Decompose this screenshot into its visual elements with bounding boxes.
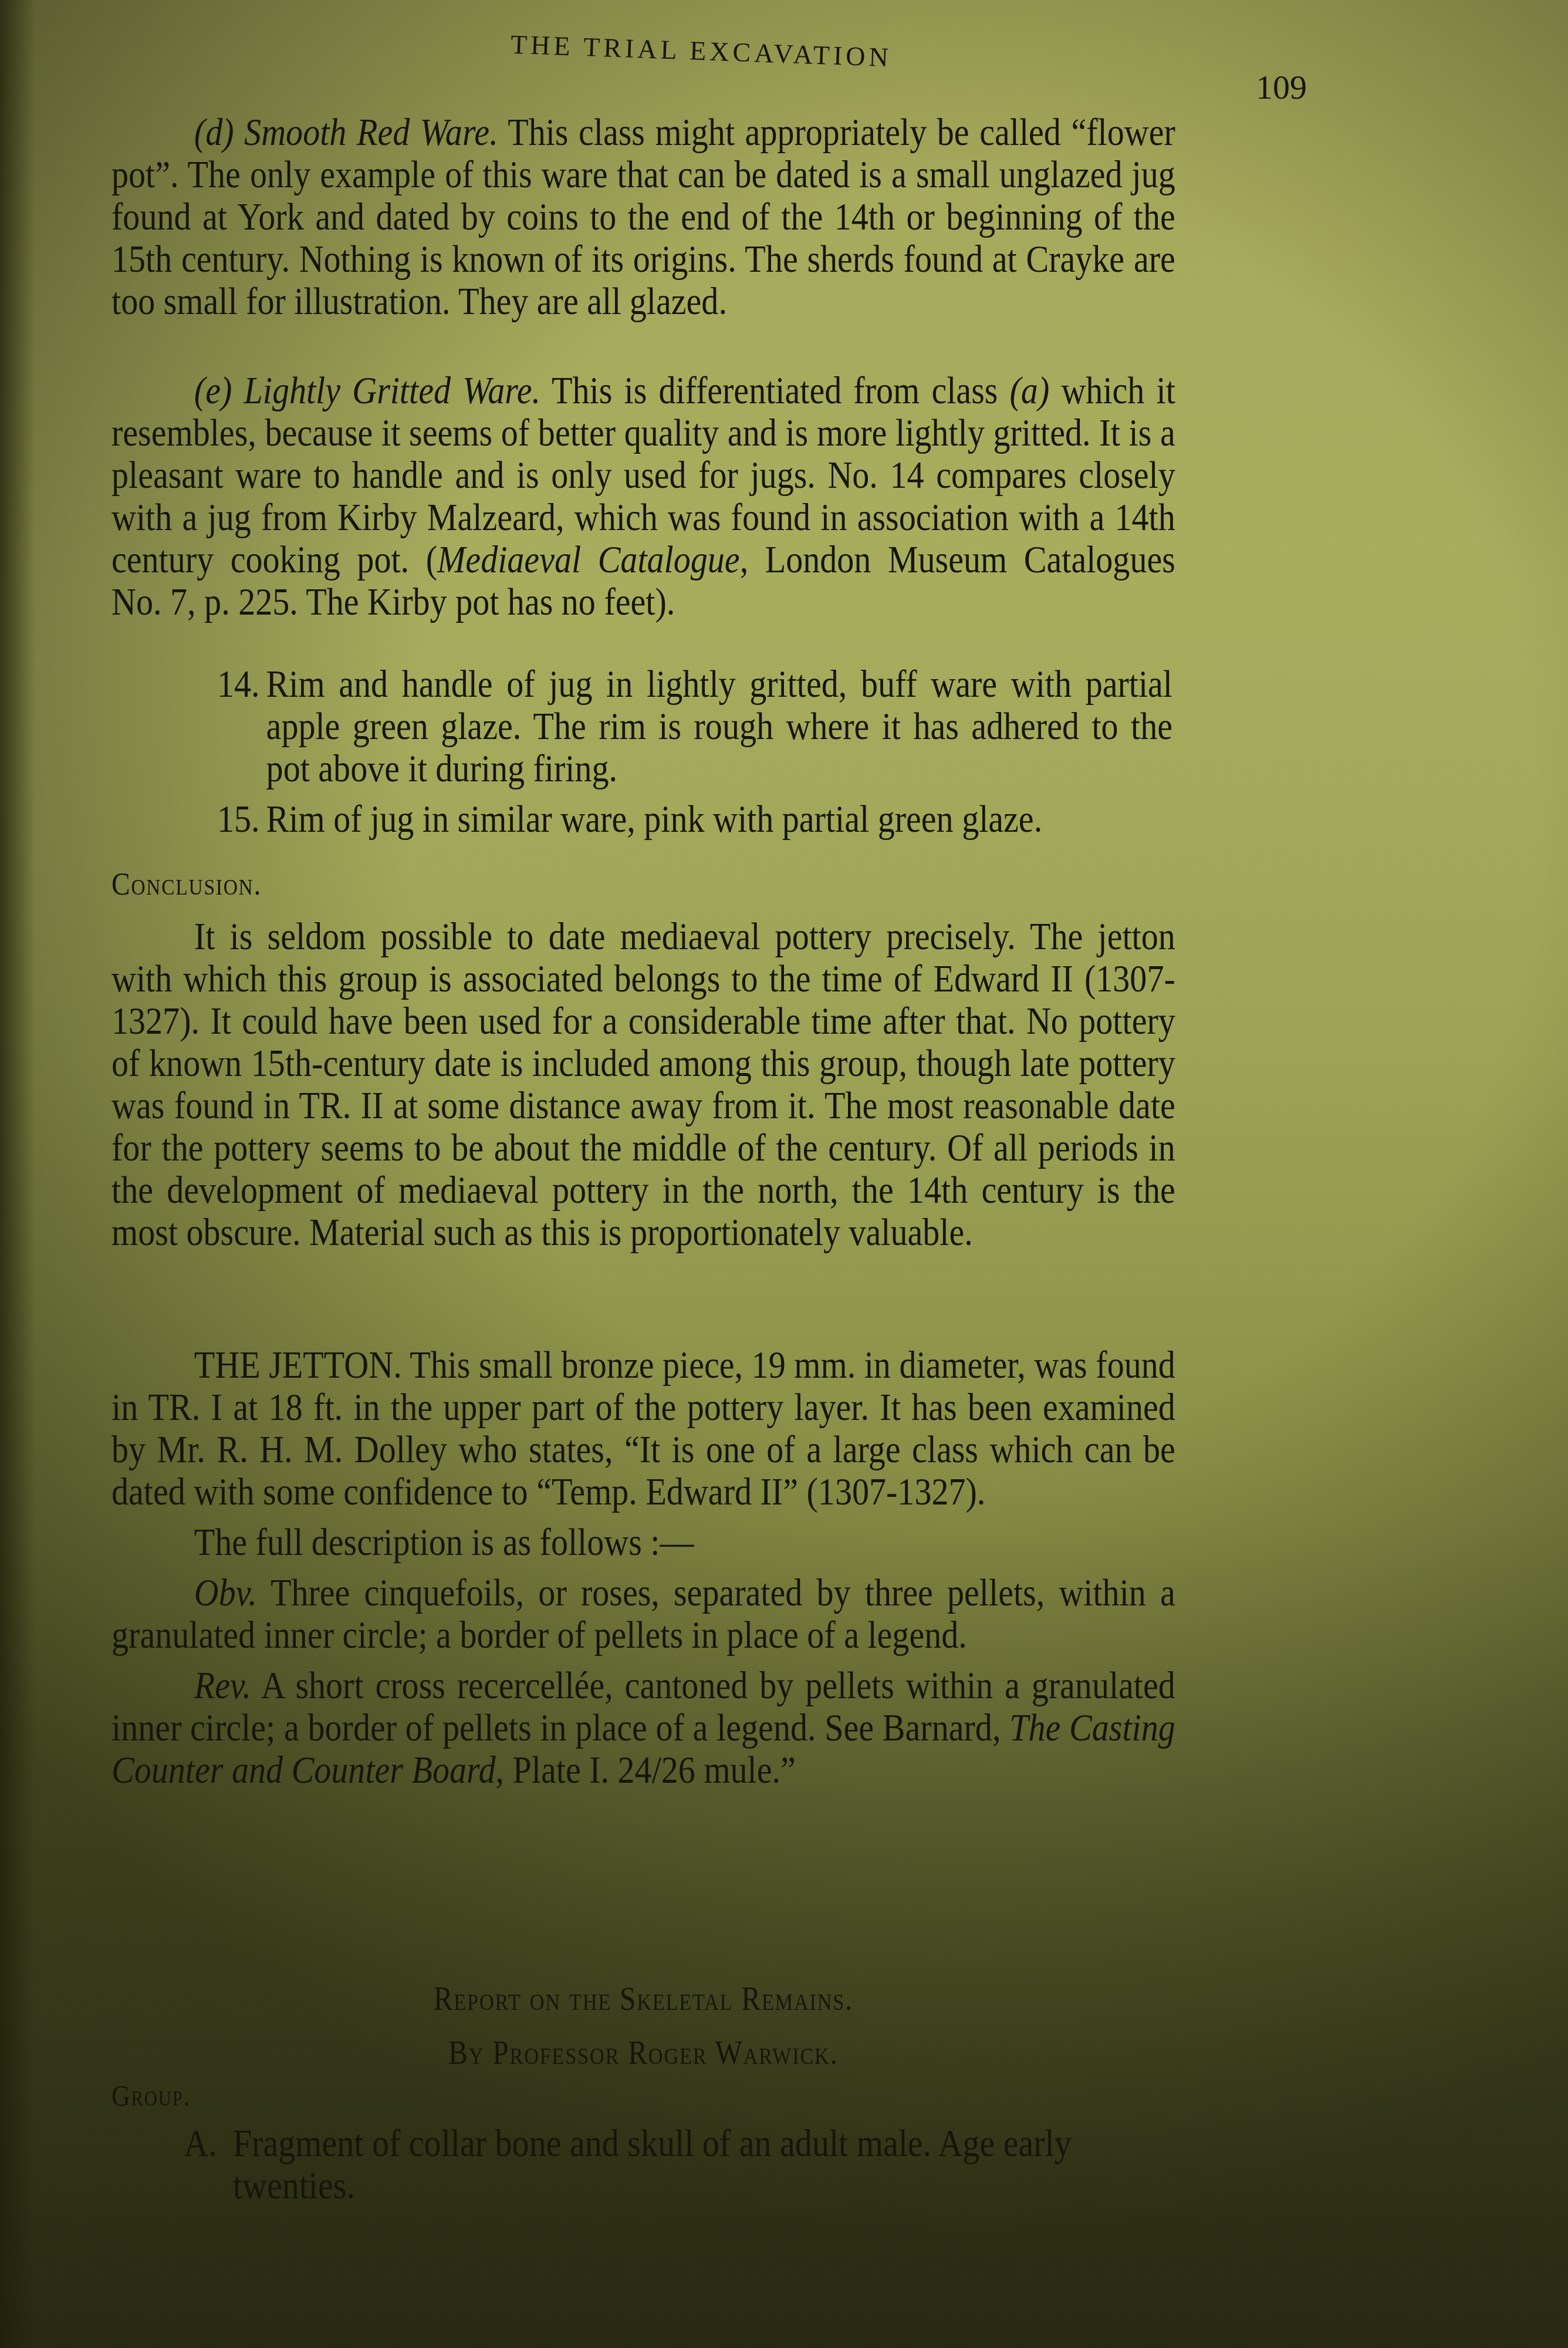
jetton-heading: THE JETTON. — [194, 1344, 402, 1386]
section-lightly-gritted-ware: (e) Lightly Gritted Ware. This is differ… — [111, 370, 1175, 623]
reverse-description: Rev. A short cross recercellée, cantoned… — [111, 1665, 1175, 1792]
list-item: A. Fragment of collar bone and skull of … — [184, 2123, 1175, 2207]
section-smooth-red-ware: (d) Smooth Red Ware. This class might ap… — [111, 112, 1175, 323]
skeletal-report-section: Report on the Skeletal Remains. By Profe… — [111, 1978, 1175, 2207]
conclusion-section: Conclusion. It is seldom possible to dat… — [111, 863, 1175, 1254]
group-label: Group. — [111, 2074, 1175, 2117]
item-list: 14. Rim and handle of jug in lightly gri… — [217, 663, 1172, 841]
running-head: THE TRIAL EXCAVATION — [510, 29, 892, 73]
section-text: This is differentiated from class — [552, 369, 998, 412]
book-page: THE TRIAL EXCAVATION 109 (d) Smooth Red … — [0, 0, 1568, 2348]
group-id: A. — [184, 2123, 233, 2207]
class-reference: (a) — [1010, 369, 1050, 412]
section-title: Smooth Red Ware. — [244, 111, 498, 154]
obverse-text: Three cinquefoils, or roses, separated b… — [111, 1571, 1175, 1657]
item-text: Rim and handle of jug in lightly gritted… — [266, 663, 1172, 790]
section-label: (e) — [194, 369, 232, 412]
description-intro: The full description is as follows :— — [111, 1522, 1175, 1564]
paragraph: THE JETTON. This small bronze piece, 19 … — [111, 1344, 1175, 1513]
report-byline: By Professor Roger Warwick. — [111, 2032, 1175, 2074]
reverse-label: Rev. — [194, 1664, 251, 1707]
item-number: 14. — [217, 663, 266, 790]
list-item: 14. Rim and handle of jug in lightly gri… — [217, 663, 1172, 790]
conclusion-text: It is seldom possible to date mediaeval … — [111, 916, 1175, 1254]
item-text: Rim of jug in similar ware, pink with pa… — [266, 798, 1172, 841]
group-text: Fragment of collar bone and skull of an … — [233, 2123, 1175, 2207]
item-number: 15. — [217, 798, 266, 841]
obverse-label: Obv. — [194, 1571, 257, 1614]
conclusion-heading: Conclusion. — [111, 863, 1175, 905]
section-label: (d) — [194, 111, 234, 154]
list-item: 15. Rim of jug in similar ware, pink wit… — [217, 798, 1172, 841]
reverse-text-end: , Plate I. 24/26 mule.” — [495, 1749, 795, 1792]
paragraph: (d) Smooth Red Ware. This class might ap… — [111, 112, 1175, 323]
jetton-section: THE JETTON. This small bronze piece, 19 … — [111, 1344, 1175, 1792]
paragraph: (e) Lightly Gritted Ware. This is differ… — [111, 370, 1175, 623]
citation-title: Mediaeval Catalogue — [437, 538, 740, 581]
section-title: Lightly Gritted Ware. — [244, 369, 540, 412]
report-title: Report on the Skeletal Remains. — [111, 1978, 1175, 2020]
obverse-description: Obv. Three cinquefoils, or roses, separa… — [111, 1572, 1175, 1657]
page-number: 109 — [1256, 68, 1307, 107]
